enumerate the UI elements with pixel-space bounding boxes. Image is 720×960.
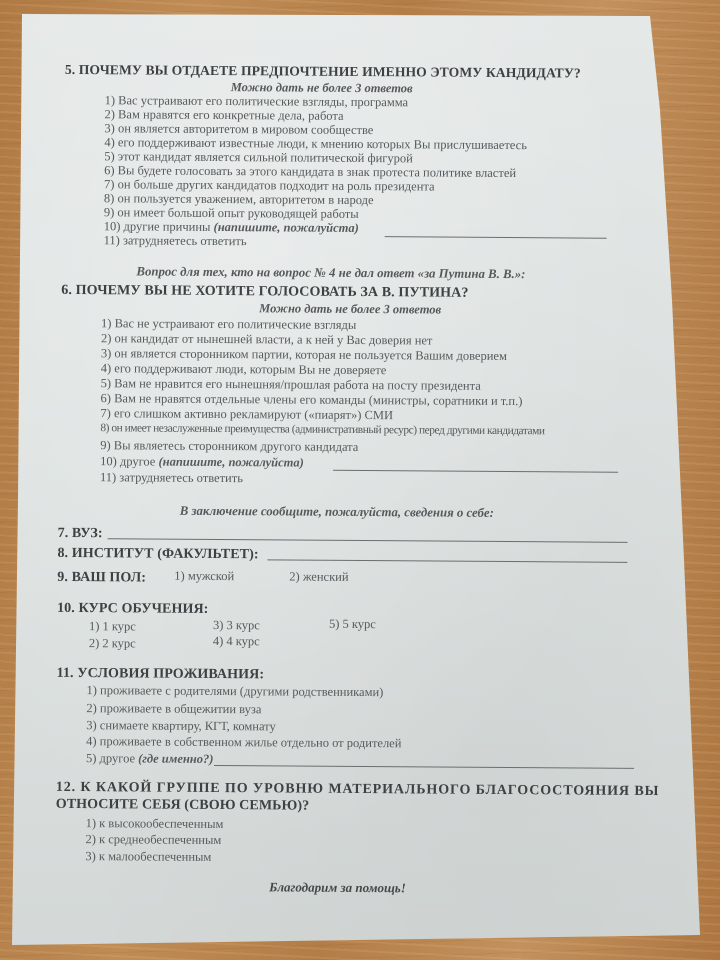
q7-title: 7. ВУЗ: xyxy=(58,526,103,542)
q6-option-8[interactable]: 8) он имеет незаслуженные преимущества (… xyxy=(100,422,544,437)
q11-option-4[interactable]: 4) проживаете в собственном жилье отдель… xyxy=(86,734,401,751)
q5-option-10-hint: (напишите, пожалуйста) xyxy=(214,220,359,235)
q5-title: 5. ПОЧЕМУ ВЫ ОТДАЕТЕ ПРЕДПОЧТЕНИЕ ИМЕННО… xyxy=(65,62,581,82)
q10-option-4[interactable]: 4) 4 курс xyxy=(213,634,260,649)
q7-university-field[interactable] xyxy=(108,538,628,543)
q9-option-female[interactable]: 2) женский xyxy=(289,570,348,585)
q11-other-answer-line[interactable] xyxy=(214,765,634,769)
q12-option-2[interactable]: 2) к среднеобеспеченным xyxy=(85,832,221,848)
q6-option-7[interactable]: 7) его слишком активно рекламируют («пиа… xyxy=(100,406,393,423)
q11-option-5-hint: (где именно?) xyxy=(138,751,213,766)
thanks-note: Благодарим за помощь! xyxy=(269,879,406,896)
q8-institute-field[interactable] xyxy=(267,559,627,563)
q12-option-1[interactable]: 1) к высокообеспеченным xyxy=(86,816,224,832)
q12-option-3[interactable]: 3) к малообеспеченным xyxy=(85,849,211,865)
q11-title: 11. УСЛОВИЯ ПРОЖИВАНИЯ: xyxy=(57,666,265,683)
q9-title: 9. ВАШ ПОЛ: xyxy=(57,570,146,587)
q11-option-1[interactable]: 1) проживаете с родителями (другими родс… xyxy=(86,683,383,700)
q11-option-5[interactable]: 5) другое (где именно?) xyxy=(86,751,213,767)
about-intro: В заключение сообщите, пожалуйста, сведе… xyxy=(180,504,494,521)
q5-other-answer-line[interactable] xyxy=(385,236,607,239)
q6-hint: Можно дать не более 3 ответов xyxy=(259,301,441,317)
q5-option-10-label: 10) другие причины xyxy=(104,219,214,234)
q10-option-1[interactable]: 1) 1 курс xyxy=(89,619,136,634)
q10-option-5[interactable]: 5) 5 курс xyxy=(329,617,376,632)
q6-option-10[interactable]: 10) другое (напишите, пожалуйста) xyxy=(100,454,304,470)
q6-title: 6. ПОЧЕМУ ВЫ НЕ ХОТИТЕ ГОЛОСОВАТЬ ЗА В. … xyxy=(61,283,468,302)
q10-title: 10. КУРС ОБУЧЕНИЯ: xyxy=(57,601,208,618)
q6-option-1[interactable]: 1) Вас не устраивают его политические вз… xyxy=(101,316,356,333)
q5-option-11[interactable]: 11) затрудняетесь ответить xyxy=(104,233,247,249)
q10-option-3[interactable]: 3) 3 курс xyxy=(213,618,260,633)
q10-option-2[interactable]: 2) 2 курс xyxy=(89,636,136,651)
q9-option-male[interactable]: 1) мужской xyxy=(174,569,234,584)
q12-title-line-2: ОТНОСИТЕ СЕБЯ (СВОЮ СЕМЬЮ)? xyxy=(56,797,310,815)
q6-option-9[interactable]: 9) Вы являетесь сторонником другого канд… xyxy=(100,438,358,455)
q11-option-5-label: 5) другое xyxy=(86,751,138,765)
q6-other-answer-line[interactable] xyxy=(333,470,618,473)
q8-title: 8. ИНСТИТУТ (ФАКУЛЬТЕТ): xyxy=(57,546,258,563)
q11-option-3[interactable]: 3) снимаете квартиру, КГТ, комнату xyxy=(86,718,276,734)
q6-option-10-label: 10) другое xyxy=(100,454,158,468)
q6-option-10-hint: (напишите, пожалуйста) xyxy=(158,455,303,470)
q11-option-2[interactable]: 2) проживаете в общежитии вуза xyxy=(86,701,261,717)
q6-intro: Вопрос для тех, кто на вопрос № 4 не дал… xyxy=(136,264,525,282)
questionnaire-content: 5. ПОЧЕМУ ВЫ ОТДАЕТЕ ПРЕДПОЧТЕНИЕ ИМЕННО… xyxy=(0,0,720,960)
q6-option-11[interactable]: 11) затрудняетесь ответить xyxy=(100,470,243,486)
